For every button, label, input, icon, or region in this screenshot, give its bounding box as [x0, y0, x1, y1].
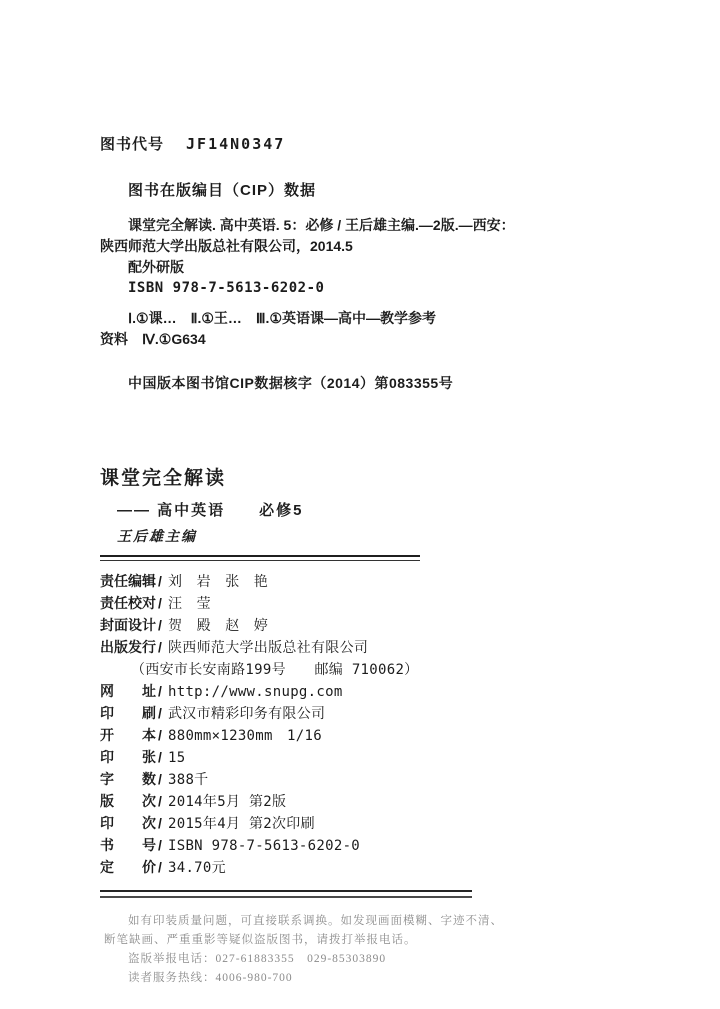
row-label: 字 数	[100, 769, 158, 790]
row-separator: /	[158, 681, 168, 702]
row-separator: /	[158, 725, 168, 746]
colophon-row-format: 开 本/880mm×1230mm 1/16	[100, 725, 640, 747]
colophon-row-publisher: 出版发行/陕西师范大学出版总社有限公司	[100, 637, 640, 659]
row-label: 定 价	[100, 857, 158, 878]
row-label: 责任编辑	[100, 571, 158, 592]
book-subtitle: —— 高中英语 必修5	[117, 499, 640, 520]
row-value: http://www.snupg.com	[168, 684, 343, 700]
cip-paragraph: 课堂完全解读. 高中英语. 5：必修 / 王后雄主编.—2版.—西安： 陕西师范…	[100, 215, 640, 299]
piracy-notice: 如有印装质量问题，可直接联系调换。如发现画面模糊、字迹不清、 断笔缺画、严重重影…	[104, 912, 640, 988]
book-code-label: 图书代号	[100, 136, 164, 153]
row-label: 责任校对	[100, 593, 158, 614]
row-separator: /	[158, 637, 168, 658]
row-value: （西安市长安南路199号 邮编 710062）	[131, 662, 419, 678]
book-editor: 王后雄主编	[117, 526, 640, 546]
notice-report-phone: 盗版举报电话：027-61883355 029-85303890	[104, 950, 640, 969]
row-value: 34.70元	[168, 860, 226, 876]
row-value: 刘 岩 张 艳	[168, 574, 268, 590]
book-title: 课堂完全解读	[100, 463, 640, 490]
notice-service-hotline: 读者服务热线：4006-980-700	[104, 969, 640, 988]
row-value: 880mm×1230mm 1/16	[168, 728, 322, 744]
row-value: 贺 殿 赵 婷	[168, 618, 268, 634]
cip-publisher-line: 陕西师范大学出版总社有限公司，2014.5	[100, 236, 640, 257]
colophon-row-printer: 印 刷/武汉市精彩印务有限公司	[100, 703, 640, 725]
cip-class-line2: 资料 Ⅳ.①G634	[100, 329, 640, 350]
colophon-table: 责任编辑/刘 岩 张 艳 责任校对/汪 莹 封面设计/贺 殿 赵 婷 出版发行/…	[100, 571, 640, 879]
row-separator: /	[158, 813, 168, 834]
copyright-page: 图书代号JF14N0347 图书在版编目（CIP）数据 课堂完全解读. 高中英语…	[0, 0, 720, 1009]
divider-bottom-rule	[100, 890, 472, 898]
page-content: 图书代号JF14N0347 图书在版编目（CIP）数据 课堂完全解读. 高中英语…	[100, 0, 640, 988]
cip-heading: 图书在版编目（CIP）数据	[128, 179, 640, 200]
row-value: 2014年5月 第2版	[168, 794, 286, 810]
colophon-row-isbn: 书 号/ISBN 978-7-5613-6202-0	[100, 835, 640, 857]
book-code-line: 图书代号JF14N0347	[100, 133, 640, 154]
row-value: 陕西师范大学出版总社有限公司	[168, 640, 368, 656]
colophon-row-website: 网 址/http://www.snupg.com	[100, 681, 640, 703]
row-value: 武汉市精彩印务有限公司	[168, 706, 325, 722]
cip-classification: Ⅰ.①课… Ⅱ.①王… Ⅲ.①英语课—高中—教学参考 资料 Ⅳ.①G634	[100, 308, 640, 350]
book-code-value: JF14N0347	[186, 135, 285, 153]
cip-title-line: 课堂完全解读. 高中英语. 5：必修 / 王后雄主编.—2版.—西安：	[100, 215, 640, 236]
cip-record-number: 中国版本图书馆CIP数据核字（2014）第083355号	[100, 373, 640, 393]
colophon-row-word-count: 字 数/388千	[100, 769, 640, 791]
colophon-row-proofreader: 责任校对/汪 莹	[100, 593, 640, 615]
row-value: 2015年4月 第2次印刷	[168, 816, 315, 832]
row-value: 汪 莹	[168, 596, 211, 612]
row-label: 出版发行	[100, 637, 158, 658]
row-value: 388千	[168, 772, 209, 788]
cip-class-line1: Ⅰ.①课… Ⅱ.①王… Ⅲ.①英语课—高中—教学参考	[100, 308, 640, 329]
row-label: 开 本	[100, 725, 158, 746]
row-separator: /	[158, 747, 168, 768]
row-separator: /	[158, 615, 168, 636]
row-value: ISBN 978-7-5613-6202-0	[168, 838, 360, 854]
row-separator: /	[158, 791, 168, 812]
row-label: 印 刷	[100, 703, 158, 724]
title-block: 课堂完全解读 —— 高中英语 必修5 王后雄主编	[100, 463, 640, 546]
cip-isbn: ISBN 978-7-5613-6202-0	[100, 278, 640, 299]
row-separator: /	[158, 593, 168, 614]
row-separator: /	[158, 571, 168, 592]
notice-line1: 如有印装质量问题，可直接联系调换。如发现画面模糊、字迹不清、	[104, 912, 640, 931]
colophon-row-editor: 责任编辑/刘 岩 张 艳	[100, 571, 640, 593]
cip-edition-note: 配外研版	[100, 257, 640, 278]
notice-line2: 断笔缺画、严重重影等疑似盗版图书，请拨打举报电话。	[104, 931, 640, 950]
row-separator: /	[158, 857, 168, 878]
row-label: 书 号	[100, 835, 158, 856]
row-value: 15	[168, 750, 185, 766]
row-separator: /	[158, 769, 168, 790]
colophon-row-printing: 印 次/2015年4月 第2次印刷	[100, 813, 640, 835]
colophon-row-address: （西安市长安南路199号 邮编 710062）	[100, 659, 640, 681]
colophon-row-edition: 版 次/2014年5月 第2版	[100, 791, 640, 813]
divider-top-rule	[100, 555, 420, 561]
row-label: 印 张	[100, 747, 158, 768]
row-separator: /	[158, 703, 168, 724]
row-label: 网 址	[100, 681, 158, 702]
row-separator: /	[158, 835, 168, 856]
colophon-row-sheets: 印 张/15	[100, 747, 640, 769]
row-label: 版 次	[100, 791, 158, 812]
row-label: 印 次	[100, 813, 158, 834]
colophon-row-price: 定 价/34.70元	[100, 857, 640, 879]
colophon-row-cover-design: 封面设计/贺 殿 赵 婷	[100, 615, 640, 637]
row-label: 封面设计	[100, 615, 158, 636]
